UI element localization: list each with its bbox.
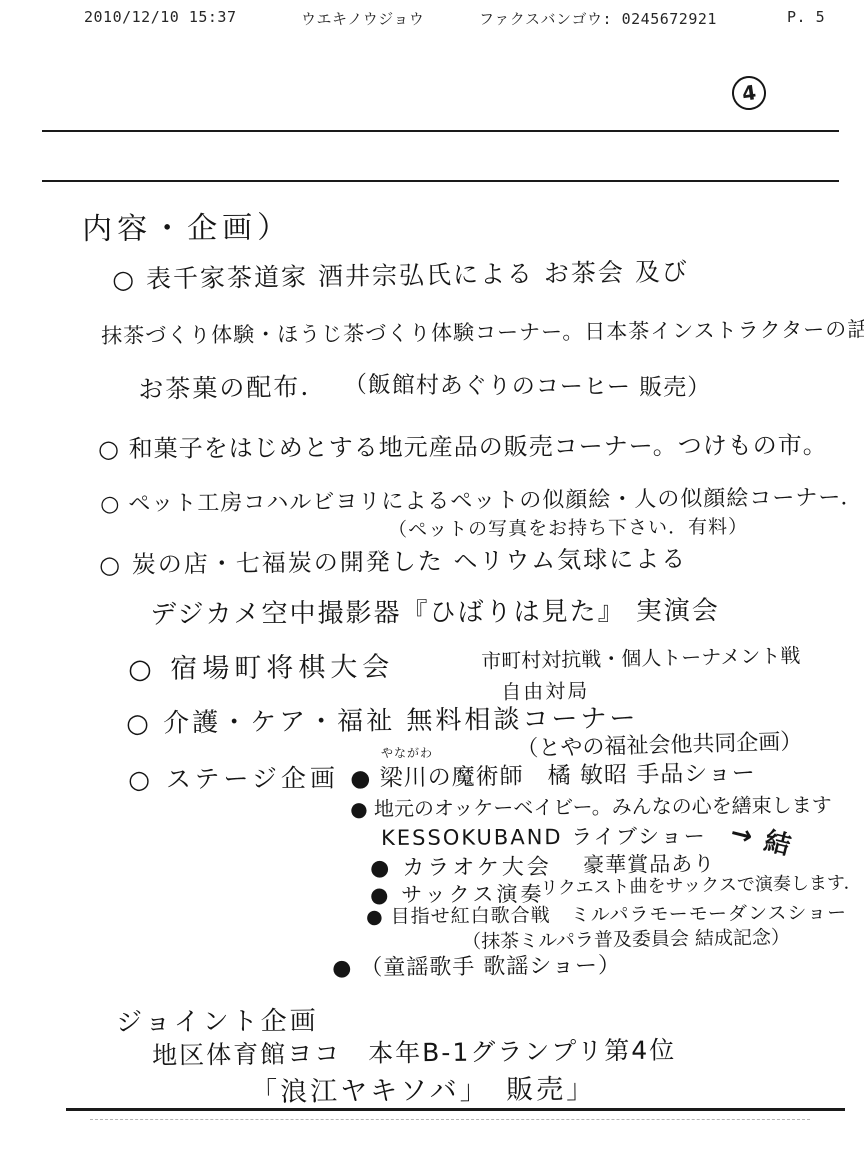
- horizontal-rule-top-2: [42, 180, 839, 182]
- note-shogi-format-1: 市町村対抗戦・個人トーナメント戦: [481, 639, 801, 674]
- note-pet-photo: （ペットの写真をお持ち下さい．有料）: [388, 512, 748, 542]
- horizontal-rule-bottom-faint: [90, 1119, 810, 1121]
- note-coffee-sale: （飯館村あぐりのコーヒー 販売）: [344, 366, 712, 402]
- list-item-helium-balloon: ○ 炭の店・七福炭の開発した ヘリウム気球による: [99, 539, 687, 580]
- fax-number: ファクスバンゴウ: 0245672921: [479, 8, 717, 29]
- joint-plan-line2: 「浪江ヤキソバ」 販売」: [250, 1067, 596, 1109]
- list-item-shogi-tournament: ○ 宿場町将棋大会: [128, 645, 394, 686]
- horizontal-rule-top-1: [42, 130, 839, 132]
- list-item-pet-portrait: ○ ペット工房コハルビヨリによるペットの似顔絵・人の似顔絵コーナー．: [100, 480, 864, 518]
- correction-arrow-note: → 結: [727, 812, 797, 863]
- fax-page-number: P. 5: [787, 8, 825, 26]
- list-item-tea-experience: 抹茶づくり体験・ほうじ茶づくり体験コーナー。日本茶インストラクターの話: [101, 313, 864, 350]
- stage-item-douyou-show: ● （童謡歌手 歌謡ショー）: [332, 948, 621, 982]
- fax-datetime: 2010/12/10 15:37: [84, 8, 237, 26]
- note-sax-requests: リクエスト曲をサックスで演奏します．: [540, 868, 862, 900]
- list-item-tea-ceremony: ○ 表千家茶道家 酒井宗弘氏による お茶会 及び: [112, 252, 689, 296]
- document-heading: 内容・企画）: [82, 202, 292, 248]
- stage-item-magic-show: ● 梁川の魔術師 橘 敏昭 手品ショー: [350, 754, 756, 793]
- fax-document-page: 2010/12/10 15:37 ウエキノウジョウ ファクスバンゴウ: 0245…: [0, 0, 864, 1161]
- joint-plan-title: ジョイント企画: [116, 1000, 319, 1039]
- list-item-local-products: ○ 和菓子をはじめとする地元産品の販売コーナー。つけもの市。: [98, 425, 828, 464]
- fax-sender-name: ウエキノウジョウ: [301, 8, 424, 29]
- list-item-stage-plan: ○ ステージ企画: [128, 759, 339, 796]
- circled-page-number: 4: [730, 74, 768, 112]
- list-item-tea-handout: お茶菓の配布．: [138, 367, 328, 406]
- list-item-aerial-camera: デジカメ空中撮影器『ひばりは見た』 実演会: [150, 590, 720, 631]
- joint-plan-line1: 地区体育館ヨコ 本年B-1グランプリ第4位: [152, 1031, 676, 1072]
- horizontal-rule-bottom: [66, 1108, 845, 1111]
- stage-item-band-line2: KESSOKUBAND ライブショー: [381, 820, 707, 852]
